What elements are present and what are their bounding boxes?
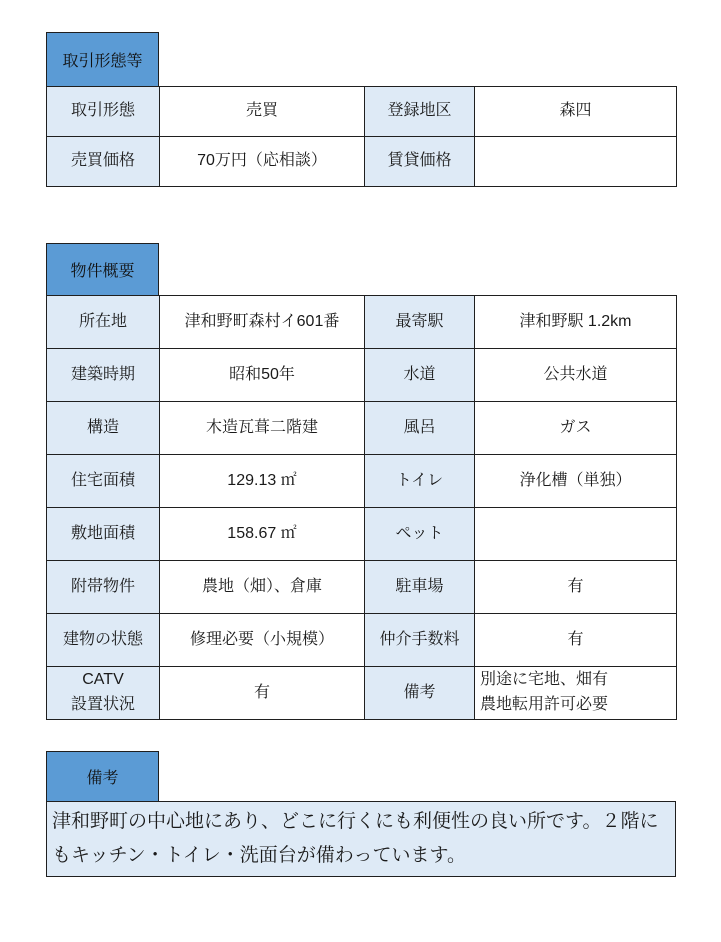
section-title: 物件概要 xyxy=(70,258,134,281)
value-cell: 津和野町森村イ601番 xyxy=(160,296,365,349)
label-cell: CATV 設置状況 xyxy=(47,667,160,720)
value-cell: 158.67 ㎡ xyxy=(160,508,365,561)
section-title: 取引形態等 xyxy=(62,48,142,71)
table-row: 構造 木造瓦葺二階建 風呂 ガス xyxy=(47,402,677,455)
table-row: 住宅面積 129.13 ㎡ トイレ 浄化槽（単独） xyxy=(47,455,677,508)
table-row: 附帯物件 農地（畑）、倉庫 駐車場 有 xyxy=(47,561,677,614)
value-cell: 別途に宅地、畑有 農地転用許可必要 xyxy=(475,667,677,720)
value-cell: 129.13 ㎡ xyxy=(160,455,365,508)
value-cell: 農地（畑）、倉庫 xyxy=(160,561,365,614)
label-cell: 附帯物件 xyxy=(47,561,160,614)
value-cell: 有 xyxy=(475,561,677,614)
remarks-box: 津和野町の中心地にあり、どこに行くにも利便性の良い所です。２階にもキッチン・トイ… xyxy=(46,801,676,877)
label-cell: ペット xyxy=(365,508,475,561)
page-content: 取引形態等 取引形態 売買 登録地区 森四 売買価格 70万円（応相談） 賃貸価… xyxy=(46,32,676,877)
label-cell: 備考 xyxy=(365,667,475,720)
label-cell: 風呂 xyxy=(365,402,475,455)
transaction-table: 取引形態 売買 登録地区 森四 売買価格 70万円（応相談） 賃貸価格 xyxy=(46,86,677,187)
section-header-transaction: 取引形態等 xyxy=(46,32,159,87)
label-cell: トイレ xyxy=(365,455,475,508)
table-row: 売買価格 70万円（応相談） 賃貸価格 xyxy=(47,137,677,187)
label-cell: 取引形態 xyxy=(47,87,160,137)
section-header-property: 物件概要 xyxy=(46,243,159,296)
remarks-text: 津和野町の中心地にあり、どこに行くにも利便性の良い所です。２階にもキッチン・トイ… xyxy=(52,811,658,866)
label-cell: 建物の状態 xyxy=(47,614,160,667)
value-cell: 70万円（応相談） xyxy=(160,137,365,187)
table-row: 建築時期 昭和50年 水道 公共水道 xyxy=(47,349,677,402)
label-cell: 駐車場 xyxy=(365,561,475,614)
value-cell: 木造瓦葺二階建 xyxy=(160,402,365,455)
value-cell: 昭和50年 xyxy=(160,349,365,402)
label-cell: 賃貸価格 xyxy=(365,137,475,187)
label-cell: 敷地面積 xyxy=(47,508,160,561)
value-cell xyxy=(475,137,677,187)
value-cell: ガス xyxy=(475,402,677,455)
table-row: 取引形態 売買 登録地区 森四 xyxy=(47,87,677,137)
label-cell: 建築時期 xyxy=(47,349,160,402)
section-title: 備考 xyxy=(86,765,118,788)
table-row: CATV 設置状況 有 備考 別途に宅地、畑有 農地転用許可必要 xyxy=(47,667,677,720)
label-cell: 水道 xyxy=(365,349,475,402)
label-cell: 最寄駅 xyxy=(365,296,475,349)
value-cell: 津和野駅 1.2km xyxy=(475,296,677,349)
value-cell: 有 xyxy=(475,614,677,667)
property-table: 所在地 津和野町森村イ601番 最寄駅 津和野駅 1.2km 建築時期 昭和50… xyxy=(46,295,677,720)
value-cell: 浄化槽（単独） xyxy=(475,455,677,508)
table-row: 敷地面積 158.67 ㎡ ペット xyxy=(47,508,677,561)
label-cell: 売買価格 xyxy=(47,137,160,187)
value-cell: 公共水道 xyxy=(475,349,677,402)
value-cell: 有 xyxy=(160,667,365,720)
table-row: 建物の状態 修理必要（小規模） 仲介手数料 有 xyxy=(47,614,677,667)
value-cell: 修理必要（小規模） xyxy=(160,614,365,667)
label-cell: 登録地区 xyxy=(365,87,475,137)
table-row: 所在地 津和野町森村イ601番 最寄駅 津和野駅 1.2km xyxy=(47,296,677,349)
label-cell: 構造 xyxy=(47,402,160,455)
value-cell: 森四 xyxy=(475,87,677,137)
label-cell: 所在地 xyxy=(47,296,160,349)
section-header-remarks: 備考 xyxy=(46,751,159,802)
label-cell: 仲介手数料 xyxy=(365,614,475,667)
label-cell: 住宅面積 xyxy=(47,455,160,508)
value-cell: 売買 xyxy=(160,87,365,137)
value-cell xyxy=(475,508,677,561)
